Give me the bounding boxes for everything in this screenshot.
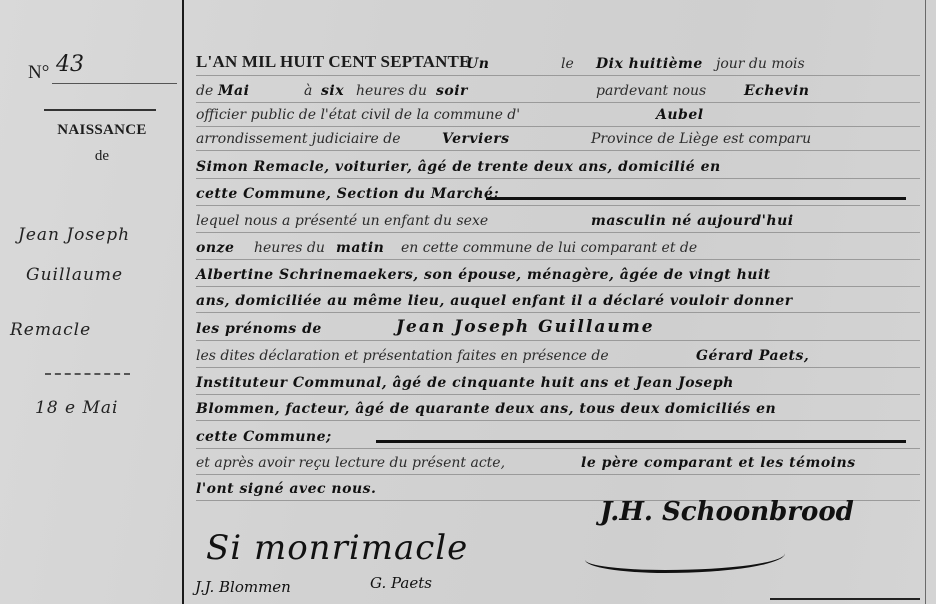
act-line: ans, domiciliée au même lieu, auquel enf… xyxy=(196,289,920,315)
act-line: cette Commune; xyxy=(196,425,920,451)
handwritten-entry: Gérard Paets, xyxy=(696,348,809,364)
handwritten-entry: soir xyxy=(436,83,468,99)
margin-child-name-3: Remacle xyxy=(10,320,91,340)
act-line: Blommen, facteur, âgé de quarante deux a… xyxy=(196,397,920,423)
handwritten-entry: cette Commune, Section du Marché; xyxy=(196,186,499,202)
handwritten-entry: Albertine Schrinemaekers, son épouse, mé… xyxy=(196,267,771,283)
line-rule xyxy=(196,448,920,449)
printed-text: heures du xyxy=(254,240,325,256)
act-line: arrondissement judiciaire deVerviersProv… xyxy=(196,127,920,153)
bottom-rule xyxy=(770,598,920,600)
act-line: les dites déclaration et présentation fa… xyxy=(196,344,920,370)
act-line: et après avoir reçu lecture du présent a… xyxy=(196,451,920,477)
act-number-rule xyxy=(52,83,177,84)
act-line: lequel nous a présenté un enfant du sexe… xyxy=(196,209,920,235)
printed-text: jour du mois xyxy=(716,56,805,72)
handwritten-entry: ans, domiciliée au même lieu, auquel enf… xyxy=(196,293,793,309)
signature-officer: J.H. Schoonbrood xyxy=(600,497,854,527)
line-rule xyxy=(196,474,920,475)
line-rule xyxy=(196,394,920,395)
handwritten-entry: six xyxy=(321,83,344,99)
closing-rule xyxy=(376,440,906,443)
margin-child-name-1: Jean Joseph xyxy=(18,225,130,245)
line-rule xyxy=(196,420,920,421)
handwritten-entry: Blommen, facteur, âgé de quarante deux a… xyxy=(196,401,776,417)
signature-witness-2: G. Paets xyxy=(370,574,432,592)
act-number-label: N° xyxy=(28,62,49,84)
handwritten-entry: Dix huitième xyxy=(596,56,703,72)
line-rule xyxy=(196,205,920,206)
handwritten-entry: matin xyxy=(336,240,384,256)
act-number: 43 xyxy=(56,52,84,77)
line-rule xyxy=(196,367,920,368)
handwritten-entry: Mai xyxy=(218,83,249,99)
margin-date: 18 e Mai xyxy=(35,398,118,418)
handwritten-entry: les prénoms de xyxy=(196,321,322,337)
line-rule xyxy=(196,75,920,76)
signature-father: Si monrimacle xyxy=(206,528,468,568)
act-line: L'AN MIL HUIT CENT SEPTANTEUnleDix huiti… xyxy=(196,52,920,78)
margin-column: N° 43 NAISSANCE de Jean Joseph Guillaume… xyxy=(0,0,182,604)
margin-separator xyxy=(44,109,156,111)
handwritten-entry: cette Commune; xyxy=(196,429,332,445)
closing-rule xyxy=(486,197,906,200)
margin-child-name-2: Guillaume xyxy=(26,265,123,285)
handwritten-entry: Un xyxy=(466,56,489,72)
record-type-heading: NAISSANCE xyxy=(40,122,164,139)
act-line: officier public de l'état civil de la co… xyxy=(196,103,920,129)
record-type-de: de xyxy=(40,148,164,165)
handwritten-entry: Verviers xyxy=(442,131,509,147)
line-rule xyxy=(196,150,920,151)
act-line: les prénoms deJean Joseph Guillaume xyxy=(196,317,920,343)
handwritten-entry: masculin né aujourd'hui xyxy=(591,213,794,229)
line-rule xyxy=(196,312,920,313)
printed-text: lequel nous a présenté un enfant du sexe xyxy=(196,213,488,229)
act-line: deMaiàsixheures dusoirpardevant nousEche… xyxy=(196,79,920,105)
printed-text: et après avoir reçu lecture du présent a… xyxy=(196,455,505,471)
printed-text: de xyxy=(196,83,213,99)
handwritten-entry: Echevin xyxy=(744,83,809,99)
printed-text: officier public de l'état civil de la co… xyxy=(196,107,520,123)
margin-dash xyxy=(45,373,130,375)
act-line: onzeheures dumatinen cette commune de lu… xyxy=(196,236,920,262)
handwritten-entry: Simon Remacle, voiturier, âgé de trente … xyxy=(196,159,721,175)
handwritten-entry: onze xyxy=(196,240,234,256)
handwritten-entry: Aubel xyxy=(656,107,704,123)
printed-heading: L'AN MIL HUIT CENT SEPTANTE xyxy=(196,52,471,72)
act-line: Simon Remacle, voiturier, âgé de trente … xyxy=(196,155,920,181)
margin-divider xyxy=(182,0,184,604)
handwritten-entry: le père comparant et les témoins xyxy=(581,455,856,471)
page-edge-rule xyxy=(925,0,926,604)
printed-text: en cette commune de lui comparant et de xyxy=(401,240,697,256)
officer-signature-flourish xyxy=(585,540,785,573)
register-page: N° 43 NAISSANCE de Jean Joseph Guillaume… xyxy=(0,0,936,604)
printed-text: arrondissement judiciaire de xyxy=(196,131,401,147)
handwritten-entry: l'ont signé avec nous. xyxy=(196,481,376,497)
act-line: Instituteur Communal, âgé de cinquante h… xyxy=(196,371,920,397)
line-rule xyxy=(196,178,920,179)
line-rule xyxy=(196,286,920,287)
act-line: Albertine Schrinemaekers, son épouse, mé… xyxy=(196,263,920,289)
line-rule xyxy=(196,232,920,233)
printed-text: le xyxy=(561,56,574,72)
printed-text: pardevant nous xyxy=(596,83,706,99)
signature-witness-1: J.J. Blommen xyxy=(195,578,291,596)
line-rule xyxy=(196,259,920,260)
line-rule xyxy=(196,340,920,341)
act-line: cette Commune, Section du Marché; xyxy=(196,182,920,208)
printed-text: heures du xyxy=(356,83,427,99)
printed-text: à xyxy=(304,83,312,99)
printed-text: Province de Liège est comparu xyxy=(591,131,811,147)
printed-text: les dites déclaration et présentation fa… xyxy=(196,348,609,364)
handwritten-entry: Jean Joseph Guillaume xyxy=(396,317,655,337)
handwritten-entry: Instituteur Communal, âgé de cinquante h… xyxy=(196,375,734,391)
